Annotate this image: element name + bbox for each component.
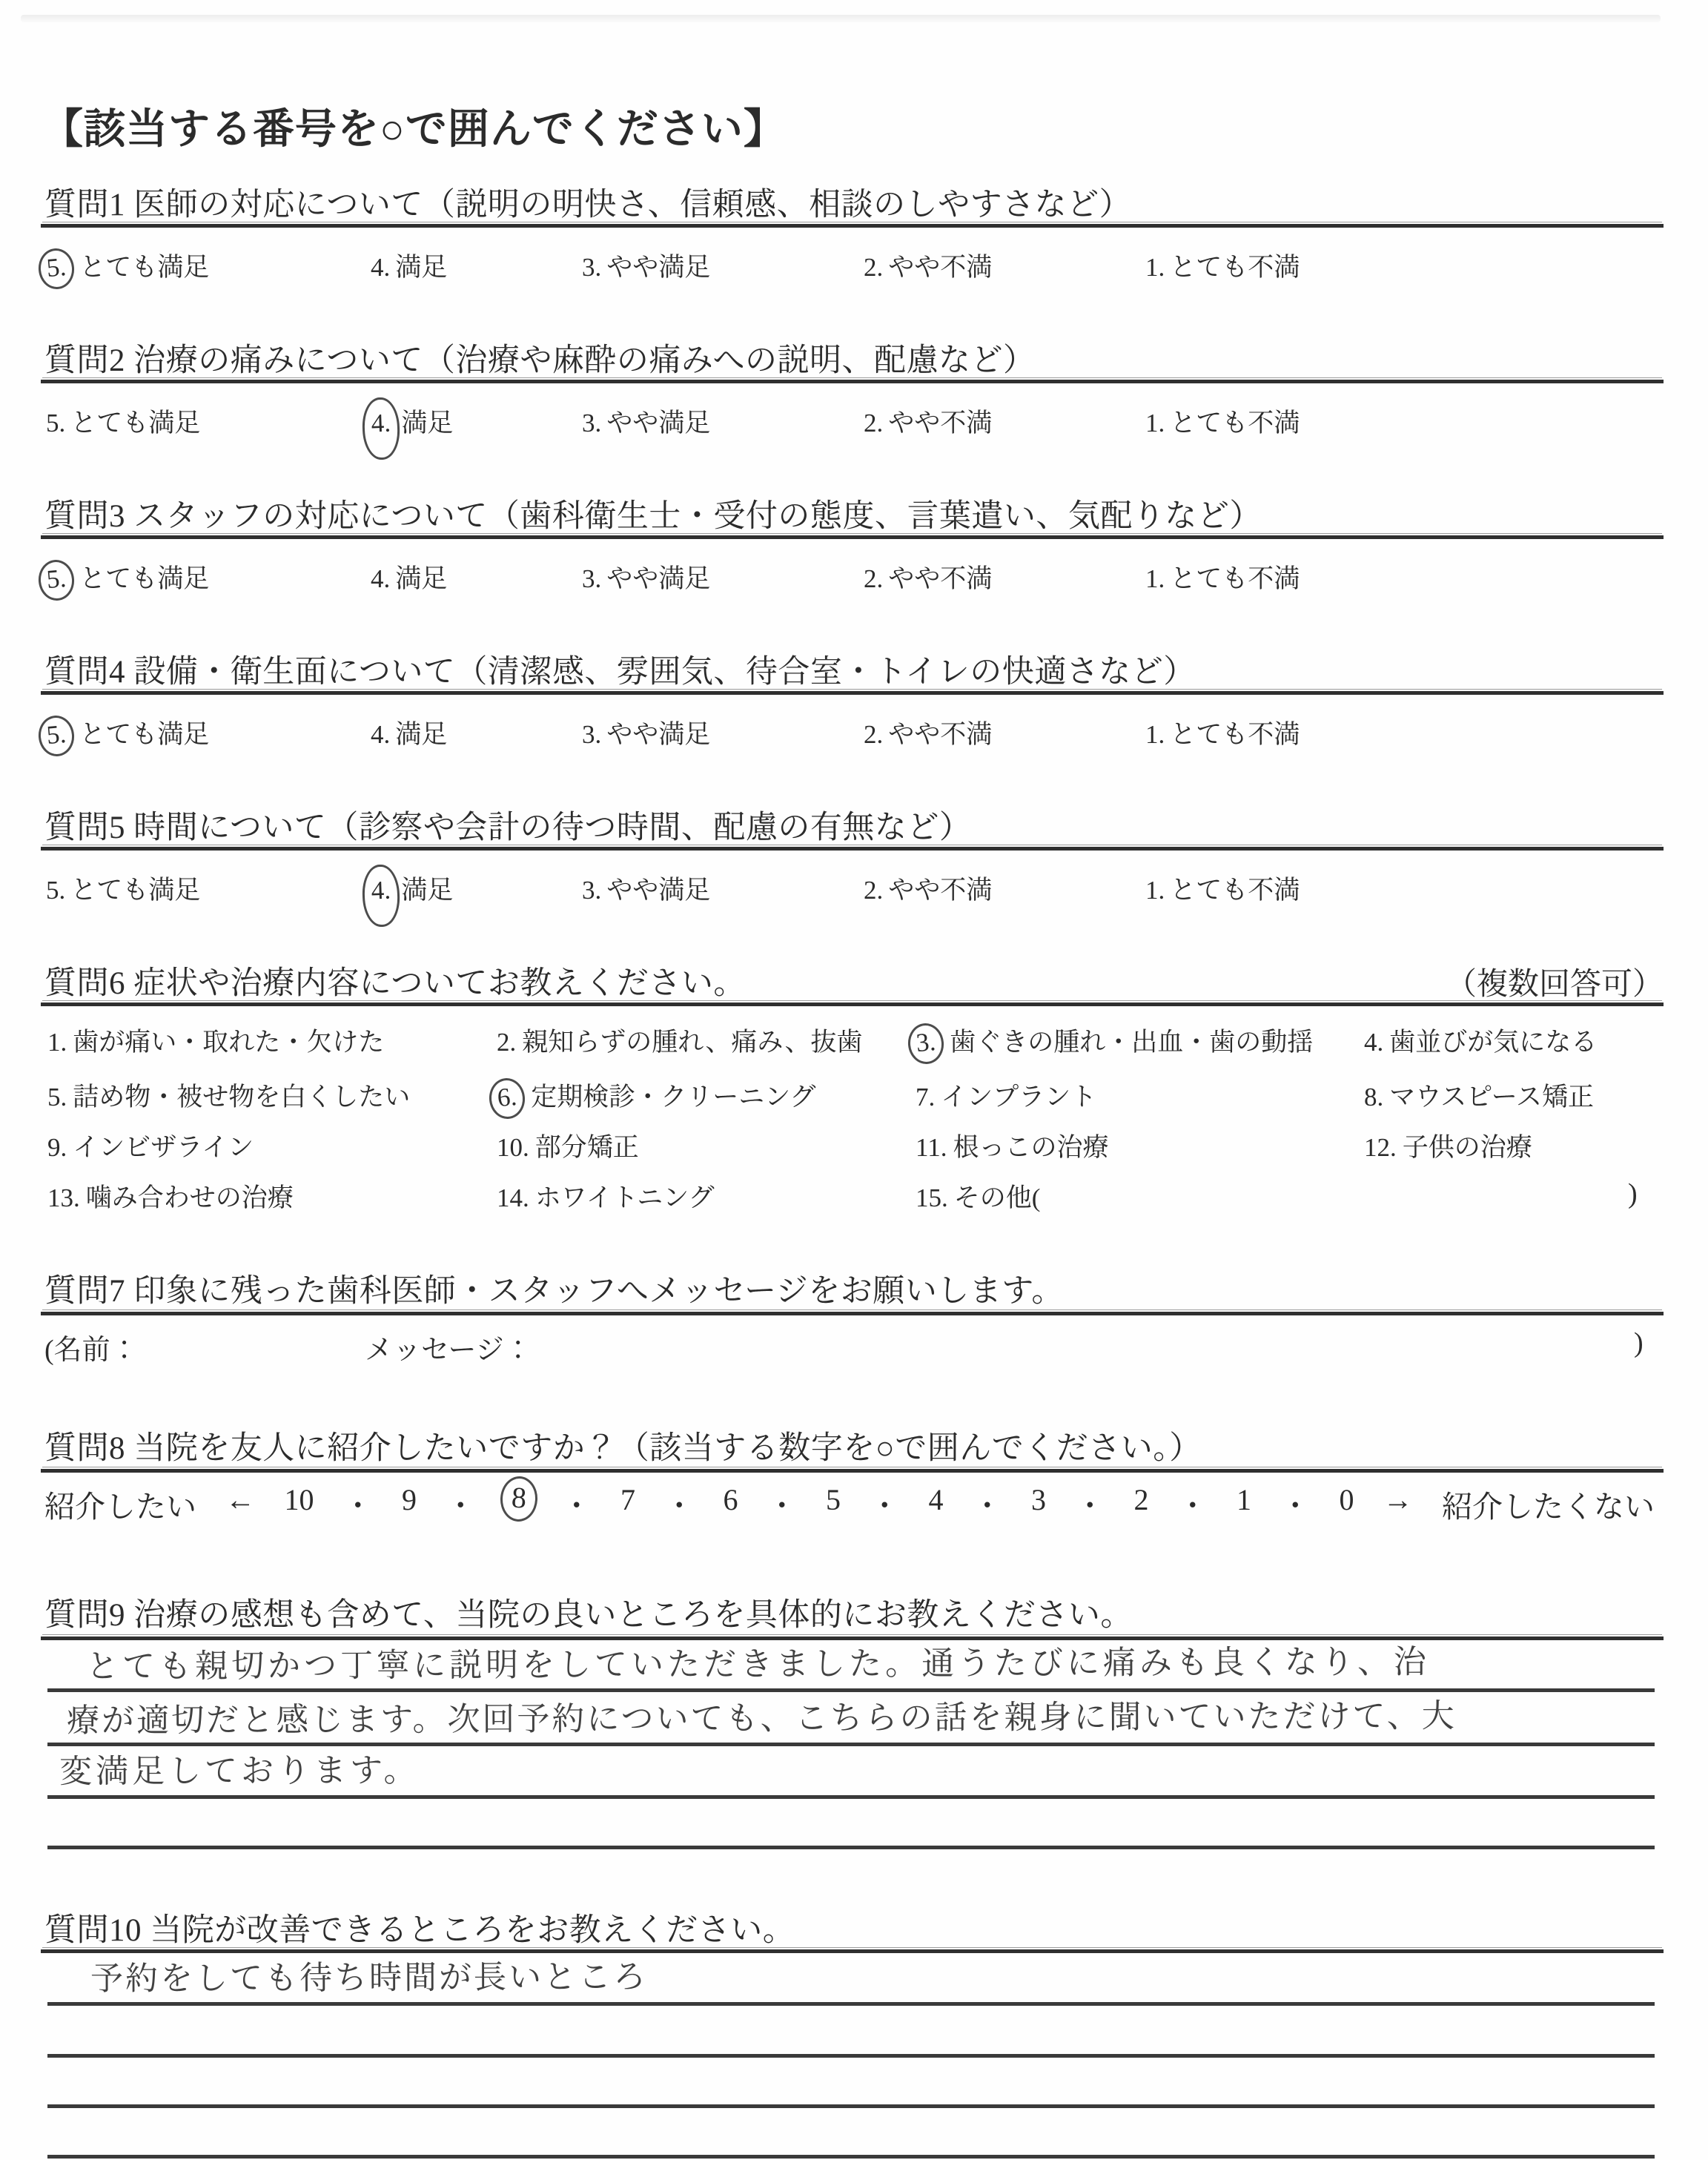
q6-item: 1.歯が痛い・取れた・欠けた	[47, 1022, 384, 1059]
item-number: 11.	[916, 1133, 947, 1162]
heading-rule	[41, 224, 1664, 228]
question-7-answer-row: (名前： メッセージ： )	[0, 1327, 1708, 1378]
question-10-heading: 質問10 当院が改善できるところをお教えください。	[44, 1905, 795, 1950]
heading-rule	[41, 1469, 1664, 1473]
item-label: 噛み合わせの治療	[86, 1183, 294, 1212]
q6-row-1: 1.歯が痛い・取れた・欠けた 2.親知らずの腫れ、痛み、抜歯 3.歯ぐきの腫れ・…	[0, 1022, 1708, 1069]
question-5-options: 5.とても満足 4.満足 3.やや満足 2.やや不満 1.とても不満	[0, 870, 1708, 914]
dot-separator: ・	[562, 1482, 592, 1525]
option-label: とても不満	[1170, 253, 1300, 282]
q6-item: 5.詰め物・被せ物を白くしたい	[47, 1077, 410, 1114]
question-1-heading: 質問1 医師の対応について（説明の明快さ、信頼感、相談のしやすさなど）	[44, 179, 1131, 225]
rating-option: 2.やや不満	[864, 714, 992, 751]
q6-item: 10.部分矯正	[497, 1127, 639, 1164]
item-number: 5.	[47, 1083, 67, 1112]
q6-item: 15.その他(	[916, 1178, 1040, 1215]
question-2-options: 5.とても満足 4.満足 3.やや満足 2.やや不満 1.とても不満	[0, 403, 1708, 447]
dot-separator: ・	[870, 1482, 899, 1525]
option-label: 満足	[395, 564, 447, 593]
option-number: 4.	[362, 397, 401, 460]
option-label: とても満足	[70, 876, 200, 905]
nps-number-1: 1	[1237, 1482, 1251, 1517]
nps-right-label: 紹介したくない	[1442, 1482, 1655, 1526]
question-4-options: 5.とても満足 4.満足 3.やや満足 2.やや不満 1.とても不満	[0, 714, 1708, 759]
option-number: 4.	[362, 864, 401, 928]
option-number: 2.	[864, 876, 883, 905]
q6-item: 11.根っこの治療	[916, 1127, 1108, 1164]
option-number: 5.	[46, 876, 65, 905]
heading-rule	[41, 847, 1664, 851]
question-8-block: 質問8 当院を友人に紹介したいですか？（該当する数字を○で囲んでください。） 紹…	[0, 1420, 1708, 1531]
nps-number-7: 7	[620, 1482, 635, 1517]
nps-number-9: 9	[402, 1482, 417, 1517]
item-number: 7.	[916, 1083, 935, 1112]
answer-line: 予約をしても待ち時間が長いところ	[47, 1955, 1655, 2006]
option-number: 2.	[864, 564, 883, 593]
option-number: 5.	[37, 714, 76, 758]
answer-line	[47, 2057, 1655, 2108]
q6-item: 6.定期検診・クリーニング	[497, 1077, 816, 1114]
item-number: 13.	[47, 1183, 80, 1212]
nps-number-0: 0	[1340, 1482, 1354, 1517]
q6-item: 3.歯ぐきの腫れ・出血・歯の動揺	[916, 1022, 1313, 1059]
q6-row-2: 5.詰め物・被せ物を白くしたい 6.定期検診・クリーニング 7.インプラント 8…	[0, 1077, 1708, 1124]
q6-row-3: 9.インビザライン 10.部分矯正 11.根っこの治療 12.子供の治療	[0, 1127, 1708, 1175]
question-7-heading: 質問7 印象に残った歯科医師・スタッフへメッセージをお願いします。	[44, 1266, 1064, 1311]
nps-number-4: 4	[929, 1482, 944, 1517]
item-label: インビザライン	[73, 1133, 254, 1162]
item-label: 歯ぐきの腫れ・出血・歯の動揺	[950, 1028, 1313, 1057]
answer-line	[47, 2107, 1655, 2159]
nps-left-label: 紹介したい	[44, 1482, 196, 1526]
question-9-heading: 質問9 治療の感想も含めて、当院の良いところを具体的にお教えください。	[44, 1590, 1133, 1635]
option-label: とても満足	[79, 564, 209, 593]
rating-option: 3.やや満足	[582, 558, 710, 595]
rating-option: 1.とても不満	[1145, 403, 1300, 440]
item-number: 10.	[497, 1133, 529, 1162]
dot-separator: ・	[1178, 1482, 1208, 1525]
item-number: 3.	[907, 1022, 946, 1066]
item-number: 12.	[1364, 1133, 1397, 1162]
q6-item: 8.マウスピース矯正	[1364, 1077, 1594, 1114]
nps-number-10: 10	[285, 1482, 314, 1517]
option-label: やや不満	[888, 564, 992, 593]
heading-rule	[41, 535, 1664, 539]
item-number: 9.	[47, 1133, 67, 1162]
item-number: 2.	[497, 1028, 516, 1057]
option-number: 4.	[371, 253, 390, 282]
item-label: 根っこの治療	[953, 1133, 1108, 1162]
heading-rule	[41, 380, 1664, 383]
dot-separator: ・	[343, 1482, 373, 1525]
option-number: 1.	[1145, 409, 1165, 437]
option-label: とても満足	[79, 253, 209, 282]
question-1-block: 質問1 医師の対応について（説明の明快さ、信頼感、相談のしやすさなど） 5.とて…	[0, 176, 1708, 288]
option-number: 5.	[46, 409, 65, 437]
question-6-heading: 質問6 症状や治療内容についてお教えください。	[44, 958, 746, 1003]
q6-item: 9.インビザライン	[47, 1127, 254, 1164]
item-number: 14.	[497, 1183, 529, 1212]
question-3-options: 5.とても満足 4.満足 3.やや満足 2.やや不満 1.とても不満	[0, 558, 1708, 603]
rating-option: 1.とても不満	[1145, 558, 1300, 595]
option-label: やや満足	[606, 253, 710, 282]
rating-option: 5.とても満足	[46, 247, 209, 284]
q6-item: 2.親知らずの腫れ、痛み、抜歯	[497, 1022, 862, 1059]
item-number: 15.	[916, 1183, 948, 1212]
rating-option: 4.満足	[371, 247, 447, 284]
rating-option: 3.やや満足	[582, 403, 710, 440]
rating-option: 3.やや満足	[582, 870, 710, 907]
option-number: 1.	[1145, 253, 1165, 282]
answer-line	[47, 1798, 1655, 1849]
rating-option: 1.とても不満	[1145, 870, 1300, 907]
option-label: やや満足	[606, 564, 710, 593]
dot-separator: ・	[1075, 1482, 1105, 1525]
left-arrow-icon: ←	[225, 1482, 255, 1517]
rating-option: 4.満足	[371, 870, 453, 907]
page-title: 【該当する番号を○で囲んでください】	[42, 96, 786, 156]
option-label: 満足	[395, 720, 447, 749]
option-number: 3.	[582, 409, 601, 437]
question-1-options: 5.とても満足 4.満足 3.やや満足 2.やや不満 1.とても不満	[0, 247, 1708, 291]
dot-separator: ・	[664, 1482, 694, 1525]
option-label: とても満足	[79, 720, 209, 749]
rating-option: 5.とても満足	[46, 870, 200, 907]
message-field-label: メッセージ：	[365, 1327, 532, 1367]
option-number: 3.	[582, 253, 601, 282]
option-number: 5.	[37, 247, 76, 291]
rating-option: 1.とても不満	[1145, 247, 1300, 284]
option-number: 4.	[371, 720, 390, 749]
q6-item: 4.歯並びが気になる	[1364, 1022, 1597, 1059]
option-label: やや不満	[888, 409, 992, 437]
question-2-block: 質問2 治療の痛みについて（治療や麻酔の痛みへの説明、配慮など） 5.とても満足…	[0, 332, 1708, 443]
multiple-answers-note: （複数回答可）	[1446, 960, 1664, 1004]
other-close-paren: )	[1628, 1178, 1638, 1210]
item-number: 6.	[488, 1077, 527, 1120]
nps-number-8: 8	[499, 1476, 538, 1523]
nps-scale-row: 紹介したい ← 10 ・ 9 ・ 8 ・ 7 ・ 6 ・ 5 ・ 4 ・ 3 ・…	[44, 1482, 1655, 1534]
rating-option: 5.とても満足	[46, 714, 209, 751]
item-label: 歯並びが気になる	[1389, 1028, 1597, 1057]
dot-separator: ・	[1280, 1482, 1310, 1525]
item-label: その他(	[954, 1183, 1041, 1212]
option-number: 3.	[582, 876, 601, 905]
q6-item: 7.インプラント	[916, 1077, 1096, 1114]
item-label: ホワイトニング	[535, 1183, 715, 1212]
option-label: やや不満	[888, 253, 992, 282]
question-10-block: 質問10 当院が改善できるところをお教えください。 予約をしても待ち時間が長いと…	[0, 1902, 1708, 2160]
dot-separator: ・	[973, 1482, 1002, 1525]
question-6-block: 質問6 症状や治療内容についてお教えください。 （複数回答可） 1.歯が痛い・取…	[0, 955, 1708, 1237]
question-8-heading: 質問8 当院を友人に紹介したいですか？（該当する数字を○で囲んでください。）	[44, 1423, 1202, 1468]
rating-option: 5.とても満足	[46, 558, 209, 595]
handwritten-answer: とても親切かつ丁寧に説明をしていただきました。通うたびに痛みも良くなり、治	[86, 1635, 1430, 1687]
rating-option: 4.満足	[371, 403, 453, 440]
question-2-heading: 質問2 治療の痛みについて（治療や麻酔の痛みへの説明、配慮など）	[44, 335, 1036, 380]
handwritten-answer: 療が適切だと感じます。次回予約についても、こちらの話を親身に聞いていただけて、大	[67, 1689, 1457, 1742]
item-label: 詰め物・被せ物を白くしたい	[73, 1083, 410, 1112]
option-number: 5.	[37, 558, 76, 602]
rating-option: 2.やや不満	[864, 558, 992, 595]
answer-line: 変満足しております。	[47, 1748, 1655, 1799]
option-label: 満足	[401, 409, 453, 437]
option-label: 満足	[395, 253, 447, 282]
option-label: やや不満	[888, 720, 992, 749]
item-label: 歯が痛い・取れた・欠けた	[73, 1028, 384, 1057]
answer-line: とても親切かつ丁寧に説明をしていただきました。通うたびに痛みも良くなり、治	[47, 1641, 1655, 1692]
item-number: 8.	[1364, 1083, 1383, 1112]
option-number: 1.	[1145, 564, 1165, 593]
option-label: とても満足	[70, 409, 200, 437]
item-label: マウスピース矯正	[1389, 1083, 1594, 1112]
question-9-block: 質問9 治療の感想も含めて、当院の良いところを具体的にお教えください。 とても親…	[0, 1587, 1708, 1854]
item-number: 4.	[1364, 1028, 1383, 1057]
close-paren: )	[1634, 1327, 1644, 1359]
item-label: 子供の治療	[1403, 1133, 1532, 1162]
option-number: 1.	[1145, 876, 1165, 905]
option-number: 2.	[864, 253, 883, 282]
handwritten-answer: 予約をしても待ち時間が長いところ	[90, 1950, 648, 2000]
rating-option: 2.やや不満	[864, 870, 992, 907]
rating-option: 1.とても不満	[1145, 714, 1300, 751]
scan-artifact-line	[21, 15, 1661, 22]
rating-option: 3.やや満足	[582, 247, 710, 284]
item-label: 親知らずの腫れ、痛み、抜歯	[522, 1028, 862, 1057]
item-number: 1.	[47, 1028, 67, 1057]
right-arrow-icon: →	[1383, 1482, 1413, 1517]
option-label: やや満足	[606, 409, 710, 437]
question-4-heading: 質問4 設備・衛生面について（清潔感、雰囲気、待合室・トイレの快適さなど）	[44, 647, 1196, 692]
question-3-heading: 質問3 スタッフの対応について（歯科衛生士・受付の態度、言葉遣い、気配りなど）	[44, 491, 1262, 536]
nps-number-2: 2	[1134, 1482, 1149, 1517]
question-7-block: 質問7 印象に残った歯科医師・スタッフへメッセージをお願いします。 (名前： メ…	[0, 1263, 1708, 1374]
item-label: 部分矯正	[535, 1133, 639, 1162]
rating-option: 5.とても満足	[46, 403, 200, 440]
option-label: やや満足	[606, 720, 710, 749]
q6-item: 14.ホワイトニング	[497, 1178, 715, 1215]
name-field-label: (名前：	[44, 1327, 139, 1367]
option-label: 満足	[401, 876, 453, 905]
option-number: 2.	[864, 720, 883, 749]
nps-number-5: 5	[826, 1482, 841, 1517]
rating-option: 4.満足	[371, 558, 447, 595]
heading-rule	[41, 691, 1664, 695]
question-5-block: 質問5 時間について（診察や会計の待つ時間、配慮の有無など） 5.とても満足 4…	[0, 799, 1708, 911]
option-label: とても不満	[1170, 564, 1300, 593]
rating-option: 4.満足	[371, 714, 447, 751]
option-number: 1.	[1145, 720, 1165, 749]
rating-option: 2.やや不満	[864, 247, 992, 284]
question-3-block: 質問3 スタッフの対応について（歯科衛生士・受付の態度、言葉遣い、気配りなど） …	[0, 488, 1708, 599]
option-label: とても不満	[1170, 409, 1300, 437]
answer-line	[47, 2007, 1655, 2058]
q6-item: 12.子供の治療	[1364, 1127, 1532, 1164]
option-number: 3.	[582, 720, 601, 749]
option-label: やや不満	[888, 876, 992, 905]
heading-rule	[41, 1312, 1664, 1315]
question-5-heading: 質問5 時間について（診察や会計の待つ時間、配慮の有無など）	[44, 802, 971, 848]
survey-form-page: 【該当する番号を○で囲んでください】 質問1 医師の対応について（説明の明快さ、…	[0, 0, 1708, 2160]
nps-number-6: 6	[724, 1482, 738, 1517]
option-label: やや満足	[606, 876, 710, 905]
option-label: とても不満	[1170, 876, 1300, 905]
answer-line: 療が適切だと感じます。次回予約についても、こちらの話を親身に聞いていただけて、大	[47, 1695, 1655, 1746]
item-label: インプラント	[941, 1083, 1096, 1112]
handwritten-answer: 変満足しております。	[59, 1743, 420, 1792]
dot-separator: ・	[767, 1482, 797, 1525]
option-number: 3.	[582, 564, 601, 593]
rating-option: 3.やや満足	[582, 714, 710, 751]
heading-rule	[41, 1003, 1664, 1006]
rating-option: 2.やや不満	[864, 403, 992, 440]
q6-item: 13.噛み合わせの治療	[47, 1178, 294, 1215]
question-4-block: 質問4 設備・衛生面について（清潔感、雰囲気、待合室・トイレの快適さなど） 5.…	[0, 644, 1708, 755]
item-label: 定期検診・クリーニング	[531, 1083, 815, 1112]
q6-row-4: 13.噛み合わせの治療 14.ホワイトニング 15.その他( )	[0, 1178, 1708, 1225]
nps-number-3: 3	[1031, 1482, 1046, 1517]
option-number: 4.	[371, 564, 390, 593]
option-number: 2.	[864, 409, 883, 437]
dot-separator: ・	[446, 1482, 475, 1525]
option-label: とても不満	[1170, 720, 1300, 749]
